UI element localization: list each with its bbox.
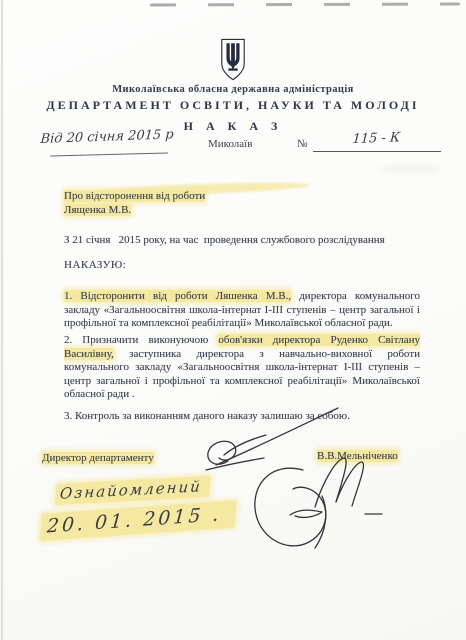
handwritten-issue-date: Від 20 січня 2015 р xyxy=(40,127,174,147)
number-label: № xyxy=(297,138,308,150)
scanned-order-document: Миколаївська обласна державна адміністра… xyxy=(0,0,466,640)
org-name: Миколаївська обласна державна адміністра… xyxy=(0,84,466,95)
handwritten-ack-date: 20. 01. 2015 . xyxy=(40,500,236,541)
subject-line1: Про відсторонення від роботи xyxy=(64,190,205,202)
order-item-2-pre: 2. Призначити виконуючою xyxy=(64,334,218,346)
department-name: ДЕПАРТАМЕНТ ОСВІТИ, НАУКИ ТА МОЛОДІ xyxy=(0,98,466,113)
order-item-2-rest: заступника директора з навчально-виховно… xyxy=(64,348,420,401)
scan-top-artifact xyxy=(150,2,460,6)
intro-paragraph: З 21 січня 2015 року, на час проведення … xyxy=(64,234,434,248)
order-item-1: 1. Відсторонити від роботи Ляшенка М.В.,… xyxy=(64,290,420,331)
ukraine-trident-emblem-icon xyxy=(219,37,247,83)
handwritten-order-number: 115 - К xyxy=(352,130,401,147)
city-name: Миколаїв xyxy=(208,138,252,150)
order-item-2: 2. Призначити виконуючою обов'язки дирек… xyxy=(64,334,420,402)
scan-smudge xyxy=(380,165,440,173)
subject-line2: Лященка М.В. xyxy=(64,204,131,216)
signer-title: Директор департаменту xyxy=(42,452,154,466)
signature-acknowledgement xyxy=(245,452,393,562)
page-left-edge xyxy=(1,0,4,640)
signer-title-text: Директор департаменту xyxy=(42,452,154,464)
handwritten-acknowledged: Ознайомлений xyxy=(55,476,211,505)
order-item-1-highlight: 1. Відсторонити від роботи Ляшенка М.В., xyxy=(64,290,291,302)
subject-block: Про відсторонення від роботи Лященка М.В… xyxy=(64,190,324,217)
number-underline xyxy=(313,151,441,152)
order-word: НАКАЗУЮ: xyxy=(64,259,126,273)
handwritten-underline xyxy=(50,152,168,156)
